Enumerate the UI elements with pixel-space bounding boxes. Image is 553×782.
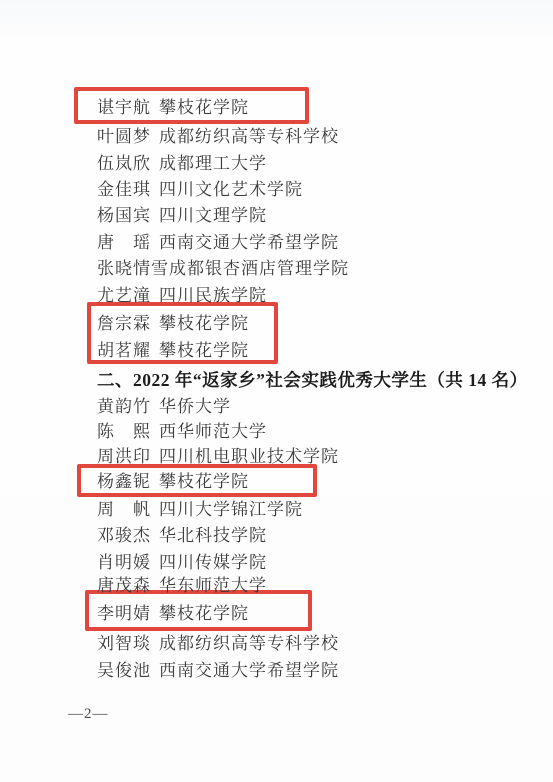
list-row: 肖明媛四川传媒学院 — [97, 552, 267, 574]
school-name: 西南交通大学希望学院 — [159, 232, 339, 254]
school-name: 西南交通大学希望学院 — [159, 660, 339, 682]
list-row: 陈 熙西华师范大学 — [97, 421, 267, 443]
student-name: 吴俊池 — [97, 660, 159, 682]
school-name: 华北科技学院 — [159, 525, 267, 547]
student-name: 唐茂森 — [97, 575, 159, 597]
student-name: 詹宗霖 — [97, 313, 159, 335]
list-row: 黄韵竹华侨大学 — [97, 396, 231, 418]
list-row: 周洪印四川机电职业技术学院 — [97, 446, 339, 468]
student-name: 周 帆 — [97, 499, 159, 521]
student-name: 周洪印 — [97, 446, 159, 468]
list-row: 杨国宾四川文理学院 — [97, 205, 267, 227]
school-name: 攀枝花学院 — [159, 471, 249, 493]
list-row: 尤艺潼四川民族学院 — [97, 285, 267, 307]
list-row: 刘智琰成都纺织高等专科学校 — [97, 633, 339, 655]
student-name: 黄韵竹 — [97, 396, 159, 418]
list-row: 金佳琪四川文化艺术学院 — [97, 179, 303, 201]
school-name: 华东师范大学 — [159, 575, 267, 597]
school-name: 西华师范大学 — [159, 421, 267, 443]
list-row: 唐 瑶西南交通大学希望学院 — [97, 232, 339, 254]
list-row: 邓骏杰华北科技学院 — [97, 525, 267, 547]
school-name: 成都理工大学 — [159, 153, 267, 175]
school-name: 攀枝花学院 — [159, 313, 249, 335]
list-row: 詹宗霖攀枝花学院 — [97, 313, 249, 335]
school-name: 攀枝花学院 — [159, 340, 249, 362]
student-name: 叶圆梦 — [97, 126, 159, 148]
list-row: 伍岚欣成都理工大学 — [97, 153, 267, 175]
student-name: 肖明媛 — [97, 552, 159, 574]
student-name: 李明婧 — [97, 603, 159, 625]
student-name: 陈 熙 — [97, 421, 159, 443]
page-number: —2— — [68, 706, 109, 723]
student-name: 谌宇航 — [97, 97, 159, 119]
document-page: 谌宇航攀枝花学院 叶圆梦成都纺织高等专科学校 伍岚欣成都理工大学 金佳琪四川文化… — [0, 0, 553, 782]
school-name: 成都纺织高等专科学校 — [159, 126, 339, 148]
student-name: 唐 瑶 — [97, 232, 159, 254]
student-name: 伍岚欣 — [97, 153, 159, 175]
list-row: 吴俊池西南交通大学希望学院 — [97, 660, 339, 682]
list-row: 周 帆四川大学锦江学院 — [97, 499, 303, 521]
list-row: 胡茗耀攀枝花学院 — [97, 340, 249, 362]
school-name: 攀枝花学院 — [159, 603, 249, 625]
school-name: 四川大学锦江学院 — [159, 499, 303, 521]
school-name: 成都纺织高等专科学校 — [159, 633, 339, 655]
student-name: 尤艺潼 — [97, 285, 159, 307]
school-name: 四川文化艺术学院 — [159, 179, 303, 201]
list-row: 李明婧攀枝花学院 — [97, 603, 249, 625]
list-row: 杨鑫铌攀枝花学院 — [97, 471, 249, 493]
school-name: 四川传媒学院 — [159, 552, 267, 574]
list-row: 叶圆梦成都纺织高等专科学校 — [97, 126, 339, 148]
student-name: 金佳琪 — [97, 179, 159, 201]
school-name: 攀枝花学院 — [159, 97, 249, 119]
school-name: 成都银杏酒店管理学院 — [169, 258, 349, 280]
list-row: 张晓情雪成都银杏酒店管理学院 — [97, 258, 349, 280]
student-name: 杨鑫铌 — [97, 471, 159, 493]
student-name: 杨国宾 — [97, 205, 159, 227]
list-row: 唐茂森华东师范大学 — [97, 575, 267, 597]
list-row: 谌宇航攀枝花学院 — [97, 97, 249, 119]
student-name: 胡茗耀 — [97, 340, 159, 362]
school-name: 四川机电职业技术学院 — [159, 446, 339, 468]
school-name: 四川民族学院 — [159, 285, 267, 307]
student-name: 邓骏杰 — [97, 525, 159, 547]
school-name: 华侨大学 — [159, 396, 231, 418]
section-heading: 二、2022 年“返家乡”社会实践优秀大学生（共 14 名） — [97, 369, 528, 391]
student-name: 张晓情雪 — [97, 258, 169, 280]
school-name: 四川文理学院 — [159, 205, 267, 227]
student-name: 刘智琰 — [97, 633, 159, 655]
